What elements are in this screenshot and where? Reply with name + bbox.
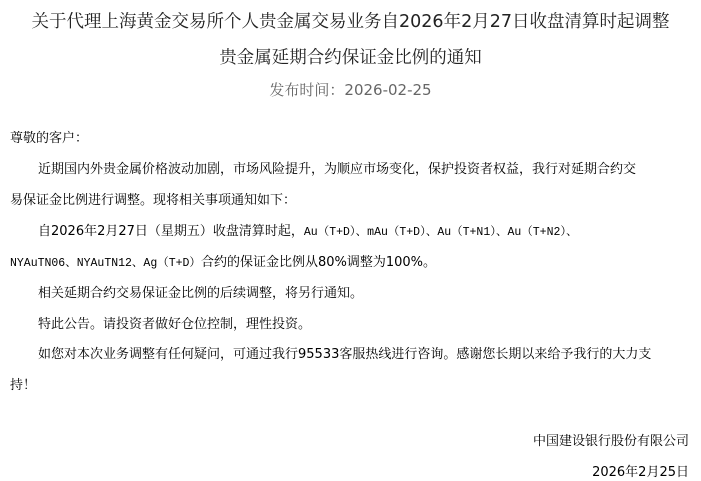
- paragraph-2-line-2: NYAuTN06、NYAuTN12、Ag（T+D）合约的保证金比例从80%调整为…: [10, 255, 436, 272]
- signature-date: 2026年2月25日: [592, 461, 689, 480]
- notice-title-line1: 关于代理上海黄金交易所个人贵金属交易业务自2026年2月27日收盘清算时起调整: [0, 8, 701, 33]
- margin-change-text: 合约的保证金比例从80%调整为100%。: [201, 255, 436, 270]
- publish-date: 发布时间：2026-02-25: [0, 79, 701, 100]
- effective-date-text: 自2026年2月27日（星期五）收盘清算时起，: [38, 224, 304, 239]
- paragraph-5-line-1: 如您对本次业务调整有任何疑问，可通过我行95533客服热线进行咨询。感谢您长期以…: [38, 347, 651, 363]
- contract-list-part-2: NYAuTN06、NYAuTN12、Ag（T+D）: [10, 257, 201, 270]
- paragraph-2-line-1: 自2026年2月27日（星期五）收盘清算时起，Au（T+D）、mAu（T+D）、…: [38, 224, 578, 241]
- paragraph-4: 特此公告。请投资者做好仓位控制，理性投资。: [38, 317, 311, 333]
- contract-list-part-1: Au（T+D）、mAu（T+D）、Au（T+N1）、Au（T+N2）、: [304, 226, 578, 239]
- paragraph-1-line-1: 近期国内外贵金属价格波动加剧，市场风险提升，为顺应市场变化，保护投资者权益，我行…: [38, 162, 636, 178]
- notice-title-line2: 贵金属延期合约保证金比例的通知: [0, 44, 701, 69]
- paragraph-3: 相关延期合约交易保证金比例的后续调整，将另行通知。: [38, 286, 363, 302]
- signature-organization: 中国建设银行股份有限公司: [533, 430, 689, 449]
- paragraph-5-line-2: 持！: [10, 378, 36, 394]
- salutation: 尊敬的客户：: [10, 131, 88, 147]
- paragraph-1-line-2: 易保证金比例进行调整。现将相关事项通知如下：: [10, 193, 296, 209]
